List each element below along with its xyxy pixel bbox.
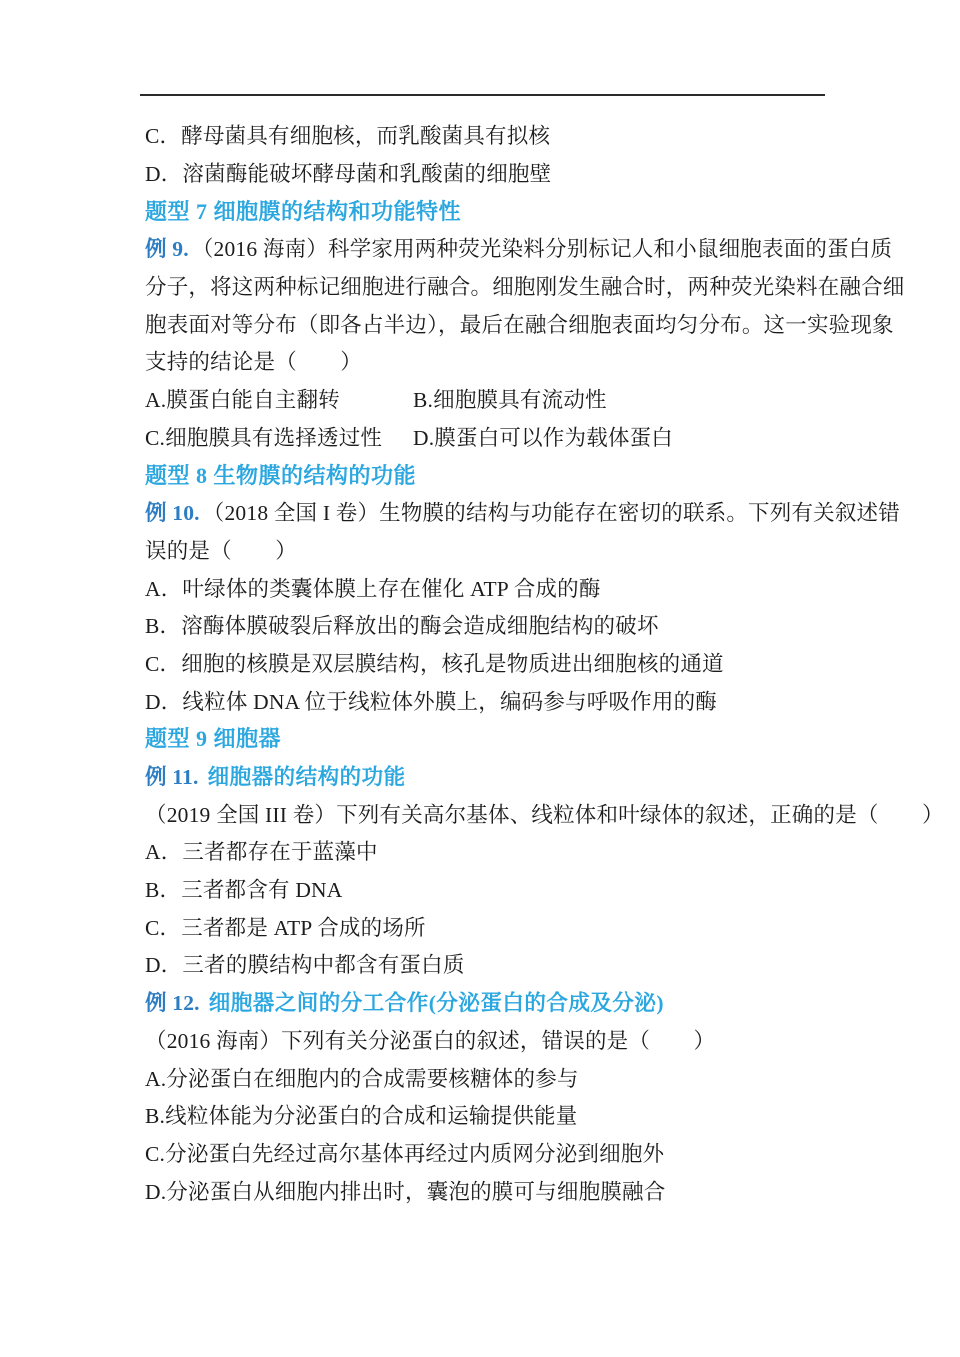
option-pair-row: C.细胞膜具有选择透过性 D.膜蛋白可以作为载体蛋白 [145, 418, 845, 456]
top-horizontal-rule [140, 94, 825, 96]
option-text: D．三者的膜结构中都含有蛋白质 [145, 948, 465, 979]
answer-option-line: A．三者都存在于蓝藻中 [145, 832, 845, 870]
option-text: B．三者都含有 DNA [145, 873, 343, 904]
question-text: 误的是（ ） [145, 534, 297, 565]
option-text: C．细胞的核膜是双层膜结构，核孔是物质进出细胞核的通道 [145, 647, 724, 678]
answer-option-line: A．叶绿体的类囊体膜上存在催化 ATP 合成的酶 [145, 568, 845, 606]
answer-option-line: D.分泌蛋白从细胞内排出时，囊泡的膜可与细胞膜融合 [145, 1171, 845, 1209]
answer-option-line: C．酵母菌具有细胞核，而乳酸菌具有拟核 [145, 116, 845, 154]
option-text: B.线粒体能为分泌蛋白的合成和运输提供能量 [145, 1099, 577, 1130]
option-text: B．溶酶体膜破裂后释放出的酶会造成细胞结构的破坏 [145, 609, 659, 640]
question-text: （2016 海南）科学家用两种荧光染料分别标记人和小鼠细胞表面的蛋白质 [192, 232, 892, 263]
option-text: A．叶绿体的类囊体膜上存在催化 ATP 合成的酶 [145, 572, 601, 603]
example-11-heading: 例 11. 细胞器的结构的功能 [145, 757, 845, 795]
answer-option-line: D．线粒体 DNA 位于线粒体外膜上，编码参与呼吸作用的酶 [145, 681, 845, 719]
topic-8-heading: 题型 8 生物膜的结构的功能 [145, 455, 845, 493]
option-text: C．酵母菌具有细胞核，而乳酸菌具有拟核 [145, 119, 550, 150]
option-text: C．三者都是 ATP 合成的场所 [145, 911, 426, 942]
answer-option-line: C.分泌蛋白先经过高尔基体再经过内质网分泌到细胞外 [145, 1134, 845, 1172]
example-heading-text: 细胞器之间的分工合作(分泌蛋白的合成及分泌) [209, 986, 664, 1017]
option-text: D．溶菌酶能破坏酵母菌和乳酸菌的细胞壁 [145, 157, 551, 188]
topic-heading-text: 题型 7 细胞膜的结构和功能特性 [145, 195, 461, 226]
answer-option-line: C．三者都是 ATP 合成的场所 [145, 907, 845, 945]
question-body-line: 误的是（ ） [145, 531, 845, 569]
answer-option-line: D．溶菌酶能破坏酵母菌和乳酸菌的细胞壁 [145, 154, 845, 192]
question-body-line: （2019 全国 III 卷）下列有关高尔基体、线粒体和叶绿体的叙述，正确的是（… [145, 794, 845, 832]
option-text: D.分泌蛋白从细胞内排出时，囊泡的膜可与细胞膜融合 [145, 1175, 665, 1206]
answer-option-line: B.线粒体能为分泌蛋白的合成和运输提供能量 [145, 1096, 845, 1134]
option-text: A.膜蛋白能自主翻转 [145, 383, 340, 414]
question-text: 胞表面对等分布（即各占半边），最后在融合细胞表面均匀分布。这一实验现象 [145, 308, 894, 339]
example-10-question-line: 例 10. （2018 全国 I 卷）生物膜的结构与功能存在密切的联系。下列有关… [145, 493, 845, 531]
option-text: C.细胞膜具有选择透过性 [145, 421, 382, 452]
option-text: B.细胞膜具有流动性 [413, 383, 607, 414]
example-9-label: 例 9. [145, 232, 189, 263]
answer-option-line: A.分泌蛋白在细胞内的合成需要核糖体的参与 [145, 1058, 845, 1096]
option-pair-row: A.膜蛋白能自主翻转 B.细胞膜具有流动性 [145, 380, 845, 418]
question-text: 分子，将这两种标记细胞进行融合。细胞刚发生融合时，两种荧光染料在融合细 [145, 270, 905, 301]
answer-option-line: B．三者都含有 DNA [145, 870, 845, 908]
question-body-line: （2016 海南）下列有关分泌蛋白的叙述，错误的是（ ） [145, 1021, 845, 1059]
topic-heading-text: 题型 9 细胞器 [145, 722, 281, 753]
question-text: （2018 全国 I 卷）生物膜的结构与功能存在密切的联系。下列有关叙述错 [203, 496, 900, 527]
topic-heading-text: 题型 8 生物膜的结构的功能 [145, 459, 416, 490]
option-text: A.分泌蛋白在细胞内的合成需要核糖体的参与 [145, 1062, 579, 1093]
option-text: C.分泌蛋白先经过高尔基体再经过内质网分泌到细胞外 [145, 1137, 664, 1168]
question-text: （2016 海南）下列有关分泌蛋白的叙述，错误的是（ ） [145, 1024, 715, 1055]
topic-9-heading: 题型 9 细胞器 [145, 719, 845, 757]
option-text: D.膜蛋白可以作为载体蛋白 [413, 421, 673, 452]
question-body-line: 胞表面对等分布（即各占半边），最后在融合细胞表面均匀分布。这一实验现象 [145, 304, 845, 342]
topic-7-heading: 题型 7 细胞膜的结构和功能特性 [145, 191, 845, 229]
question-body-line: 分子，将这两种标记细胞进行融合。细胞刚发生融合时，两种荧光染料在融合细 [145, 267, 845, 305]
example-12-label: 例 12. [145, 986, 200, 1017]
example-11-label: 例 11. [145, 760, 199, 791]
answer-option-line: B．溶酶体膜破裂后释放出的酶会造成细胞结构的破坏 [145, 606, 845, 644]
answer-option-line: C．细胞的核膜是双层膜结构，核孔是物质进出细胞核的通道 [145, 644, 845, 682]
example-heading-text: 细胞器的结构的功能 [208, 760, 406, 791]
answer-option-line: D．三者的膜结构中都含有蛋白质 [145, 945, 845, 983]
document-page: C．酵母菌具有细胞核，而乳酸菌具有拟核 D．溶菌酶能破坏酵母菌和乳酸菌的细胞壁 … [0, 0, 960, 1357]
question-body-line: 支持的结论是（ ） [145, 342, 845, 380]
question-text: 支持的结论是（ ） [145, 345, 362, 376]
example-9-question-line: 例 9. （2016 海南）科学家用两种荧光染料分别标记人和小鼠细胞表面的蛋白质 [145, 229, 845, 267]
example-10-label: 例 10. [145, 496, 200, 527]
example-12-heading: 例 12. 细胞器之间的分工合作(分泌蛋白的合成及分泌) [145, 983, 845, 1021]
option-text: D．线粒体 DNA 位于线粒体外膜上，编码参与呼吸作用的酶 [145, 685, 717, 716]
question-text: （2019 全国 III 卷）下列有关高尔基体、线粒体和叶绿体的叙述，正确的是（… [145, 798, 944, 829]
option-text: A．三者都存在于蓝藻中 [145, 835, 378, 866]
document-content: C．酵母菌具有细胞核，而乳酸菌具有拟核 D．溶菌酶能破坏酵母菌和乳酸菌的细胞壁 … [145, 116, 845, 1209]
